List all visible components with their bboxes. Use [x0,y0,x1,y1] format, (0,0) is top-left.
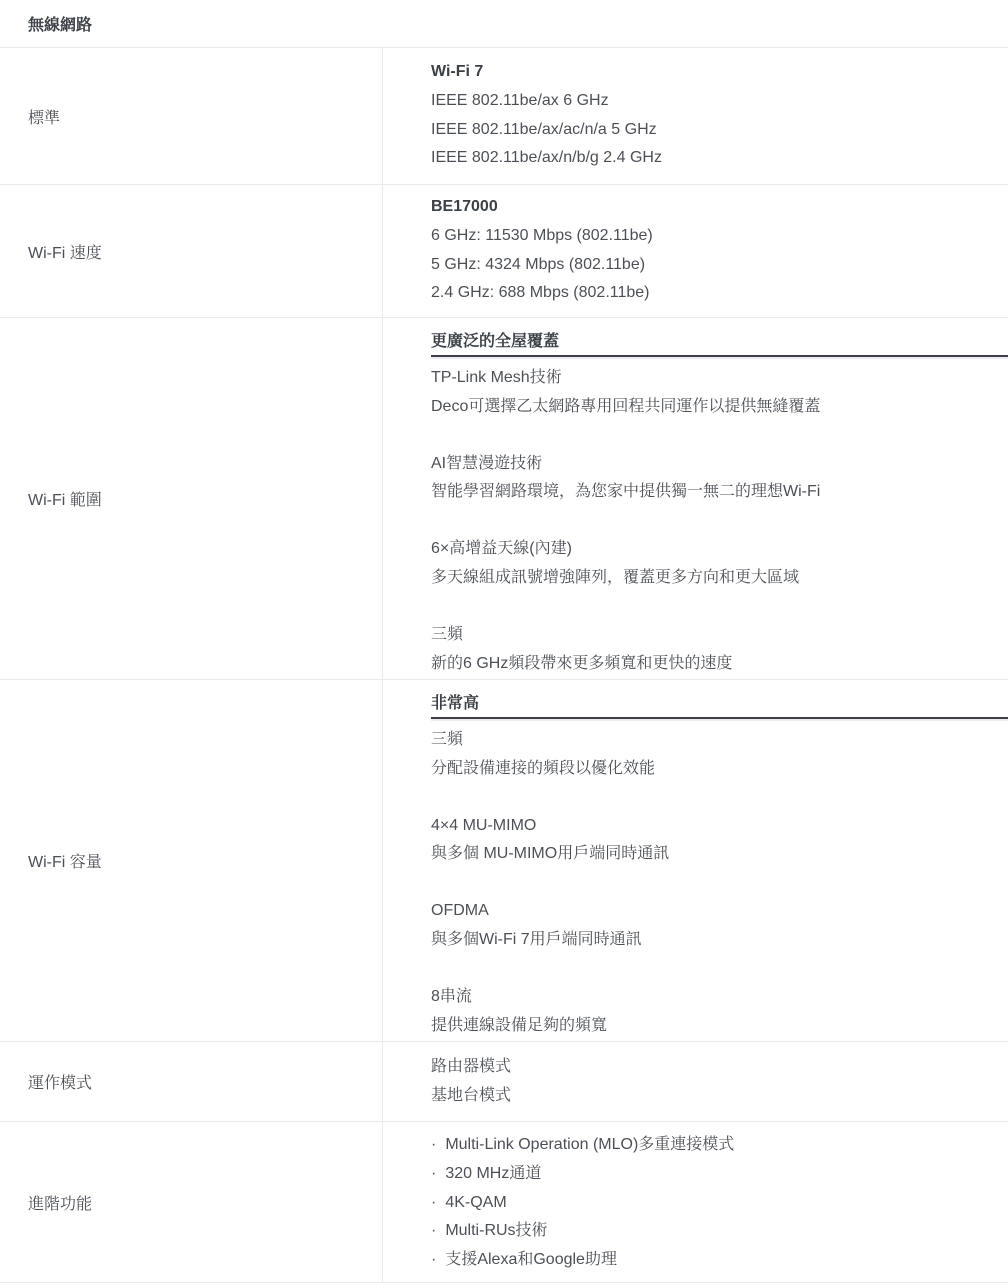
bullet-text: Multi-Link Operation (MLO)多重連接模式 [445,1131,734,1160]
bullet-dot-icon: · [431,1131,436,1160]
feature-desc: 提供連線設備足夠的頻寬 [431,1012,1008,1041]
spec-label-operation-mode: 運作模式 [0,1042,383,1121]
spec-value-standards: Wi-Fi 7 IEEE 802.11be/ax 6 GHz IEEE 802.… [383,48,1008,184]
bullet-item: · 4K-QAM [431,1189,1008,1218]
spec-row-advanced-features: 進階功能 · Multi-Link Operation (MLO)多重連接模式 … [0,1122,1008,1283]
feature-desc: 新的6 GHz頻段帶來更多頻寬和更快的速度 [431,650,1008,679]
bullet-dot-icon: · [431,1246,436,1275]
value-line: 2.4 GHz: 688 Mbps (802.11be) [431,279,1008,308]
feature-paragraph: 三頻 分配設備連接的頻段以優化效能 [431,726,1008,784]
feature-paragraph: 8串流 提供連線設備足夠的頻寬 [431,983,1008,1041]
bullet-item: · 320 MHz通道 [431,1160,1008,1189]
bullet-dot-icon: · [431,1160,436,1189]
feature-title: 8串流 [431,983,1008,1012]
value-line: 6 GHz: 11530 Mbps (802.11be) [431,222,1008,251]
spec-row-range: Wi-Fi 範圍 更廣泛的全屋覆蓋 TP-Link Mesh技術 Deco可選擇… [0,318,1008,680]
feature-desc: 與多個Wi-Fi 7用戶端同時通訊 [431,926,1008,955]
feature-desc: 多天線組成訊號增強陣列，覆蓋更多方向和更大區域 [431,564,1008,593]
feature-title: OFDMA [431,897,1008,926]
feature-paragraph: AI智慧漫遊技術 智能學習網路環境，為您家中提供獨一無二的理想Wi-Fi [431,450,1008,508]
spec-table: 標準 Wi-Fi 7 IEEE 802.11be/ax 6 GHz IEEE 8… [0,48,1008,1283]
feature-title: TP-Link Mesh技術 [431,364,1008,393]
spec-label-capacity: Wi-Fi 容量 [0,680,383,1041]
spec-value-operation-mode: 路由器模式 基地台模式 [383,1042,1008,1121]
value-bold-line: Wi-Fi 7 [431,58,1008,87]
feature-paragraph: 6×高增益天線(內建) 多天線組成訊號增強陣列，覆蓋更多方向和更大區域 [431,535,1008,593]
feature-desc: Deco可選擇乙太網路專用回程共同運作以提供無縫覆蓋 [431,393,1008,422]
bullet-item: · Multi-Link Operation (MLO)多重連接模式 [431,1131,1008,1160]
value-line: IEEE 802.11be/ax/ac/n/a 5 GHz [431,116,1008,145]
feature-desc: 智能學習網路環境，為您家中提供獨一無二的理想Wi-Fi [431,478,1008,507]
spec-page: 無線網路 標準 Wi-Fi 7 IEEE 802.11be/ax 6 GHz I… [0,0,1008,1288]
spec-label-speed: Wi-Fi 速度 [0,185,383,317]
feature-title: 三頻 [431,621,1008,650]
spec-label-advanced-features: 進階功能 [0,1122,383,1282]
feature-paragraph: OFDMA 與多個Wi-Fi 7用戶端同時通訊 [431,897,1008,955]
feature-paragraph: 4×4 MU-MIMO 與多個 MU-MIMO用戶端同時通訊 [431,812,1008,870]
bullet-text: 4K-QAM [445,1189,506,1218]
feature-desc: 分配設備連接的頻段以優化效能 [431,755,1008,784]
bullet-text: 320 MHz通道 [445,1160,541,1189]
feature-title: AI智慧漫遊技術 [431,450,1008,479]
feature-desc: 與多個 MU-MIMO用戶端同時通訊 [431,840,1008,869]
value-line: 5 GHz: 4324 Mbps (802.11be) [431,251,1008,280]
value-heading-underlined: 非常高 [431,690,1008,719]
spec-label-standards: 標準 [0,48,383,184]
feature-title: 6×高增益天線(內建) [431,535,1008,564]
spec-value-range: 更廣泛的全屋覆蓋 TP-Link Mesh技術 Deco可選擇乙太網路專用回程共… [383,318,1008,679]
feature-title: 三頻 [431,726,1008,755]
value-line: IEEE 802.11be/ax/n/b/g 2.4 GHz [431,144,1008,173]
value-line: 路由器模式 [431,1053,1008,1082]
bullet-dot-icon: · [431,1217,436,1246]
value-bold-line: BE17000 [431,193,1008,222]
value-line: IEEE 802.11be/ax 6 GHz [431,87,1008,116]
spec-value-speed: BE17000 6 GHz: 11530 Mbps (802.11be) 5 G… [383,185,1008,317]
spec-row-operation-mode: 運作模式 路由器模式 基地台模式 [0,1042,1008,1122]
spec-value-advanced-features: · Multi-Link Operation (MLO)多重連接模式 · 320… [383,1122,1008,1282]
feature-paragraph: TP-Link Mesh技術 Deco可選擇乙太網路專用回程共同運作以提供無縫覆… [431,364,1008,422]
bullet-item: · Multi-RUs技術 [431,1217,1008,1246]
bullet-dot-icon: · [431,1189,436,1218]
value-line: 基地台模式 [431,1082,1008,1111]
spec-value-capacity: 非常高 三頻 分配設備連接的頻段以優化效能 4×4 MU-MIMO 與多個 MU… [383,680,1008,1041]
value-heading-underlined: 更廣泛的全屋覆蓋 [431,328,1008,357]
feature-title: 4×4 MU-MIMO [431,812,1008,841]
feature-paragraph: 三頻 新的6 GHz頻段帶來更多頻寬和更快的速度 [431,621,1008,679]
spec-label-range: Wi-Fi 範圍 [0,318,383,679]
bullet-text: 支援Alexa和Google助理 [445,1246,617,1275]
spec-row-standards: 標準 Wi-Fi 7 IEEE 802.11be/ax 6 GHz IEEE 8… [0,48,1008,185]
spec-row-capacity: Wi-Fi 容量 非常高 三頻 分配設備連接的頻段以優化效能 4×4 MU-MI… [0,680,1008,1042]
spec-row-speed: Wi-Fi 速度 BE17000 6 GHz: 11530 Mbps (802.… [0,185,1008,318]
bullet-text: Multi-RUs技術 [445,1217,547,1246]
section-title: 無線網路 [0,0,1008,48]
bullet-item: · 支援Alexa和Google助理 [431,1246,1008,1275]
